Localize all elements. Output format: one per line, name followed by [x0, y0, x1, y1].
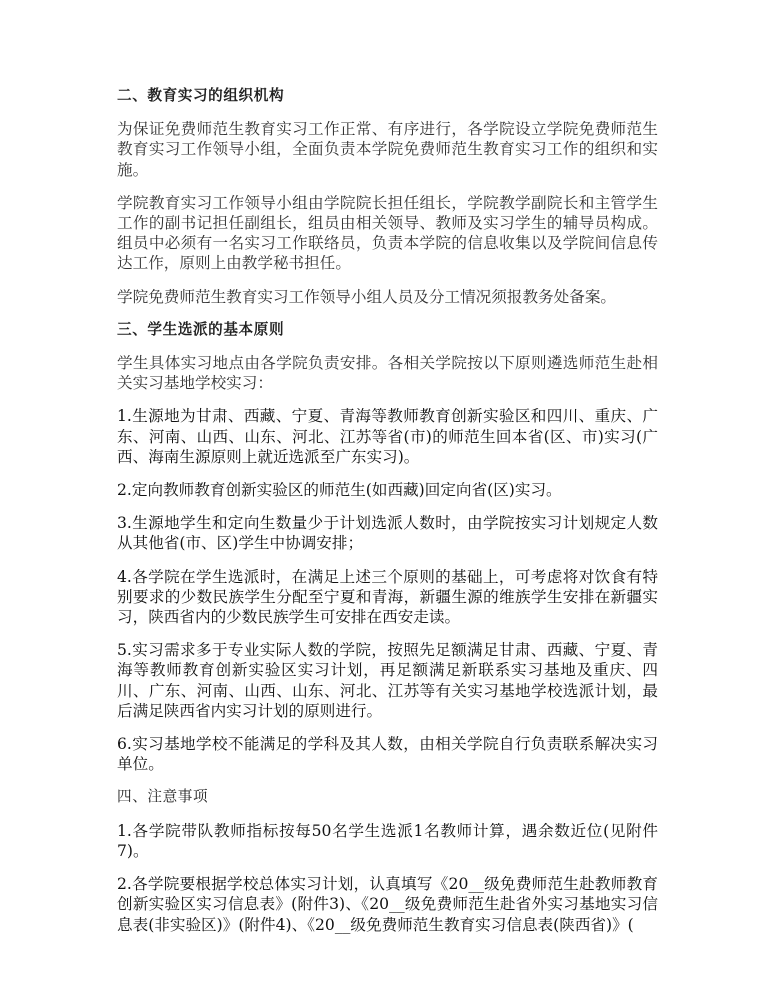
list-item: 1.各学院带队教师指标按每50名学生选派1名教师计算，遇余数近位(见附件7)。: [117, 821, 658, 861]
paragraph: 为保证免费师范生教育实习工作正常、有序进行，各学院设立学院免费师范生教育实习工作…: [117, 119, 658, 180]
list-item: 2.定向教师教育创新实验区的师范生(如西藏)回定向省(区)实习。: [117, 480, 658, 500]
list-item: 6.实习基地学校不能满足的学科及其人数，由相关学院自行负责联系解决实习单位。: [117, 734, 658, 774]
list-item: 2.各学院要根据学校总体实习计划，认真填写《20__级免费师范生赴教师教育创新实…: [117, 874, 658, 935]
list-item: 3.生源地学生和定向生数量少于计划选派人数时，由学院按实习计划规定人数从其他省(…: [117, 513, 658, 553]
paragraph: 学院教育实习工作领导小组由学院院长担任组长，学院教学副院长和主管学生工作的副书记…: [117, 193, 658, 274]
list-item: 1.生源地为甘肃、西藏、宁夏、青海等教师教育创新实验区和四川、重庆、广东、河南、…: [117, 406, 658, 467]
list-item: 4.各学院在学生选派时，在满足上述三个原则的基础上，可考虑将对饮食有特别要求的少…: [117, 567, 658, 628]
section-heading-organization: 二、教育实习的组织机构: [117, 86, 658, 106]
document-page: 二、教育实习的组织机构 为保证免费师范生教育实习工作正常、有序进行，各学院设立学…: [117, 86, 658, 948]
paragraph: 学院免费师范生教育实习工作领导小组人员及分工情况须报教务处备案。: [117, 287, 658, 307]
paragraph: 学生具体实习地点由各学院负责安排。各相关学院按以下原则遴选师范生赴相关实习基地学…: [117, 353, 658, 393]
section-heading-selection-principles: 三、学生选派的基本原则: [117, 320, 658, 340]
section-heading-notes: 四、注意事项: [117, 787, 658, 807]
list-item: 5.实习需求多于专业实际人数的学院，按照先足额满足甘肃、西藏、宁夏、青海等教师教…: [117, 640, 658, 721]
